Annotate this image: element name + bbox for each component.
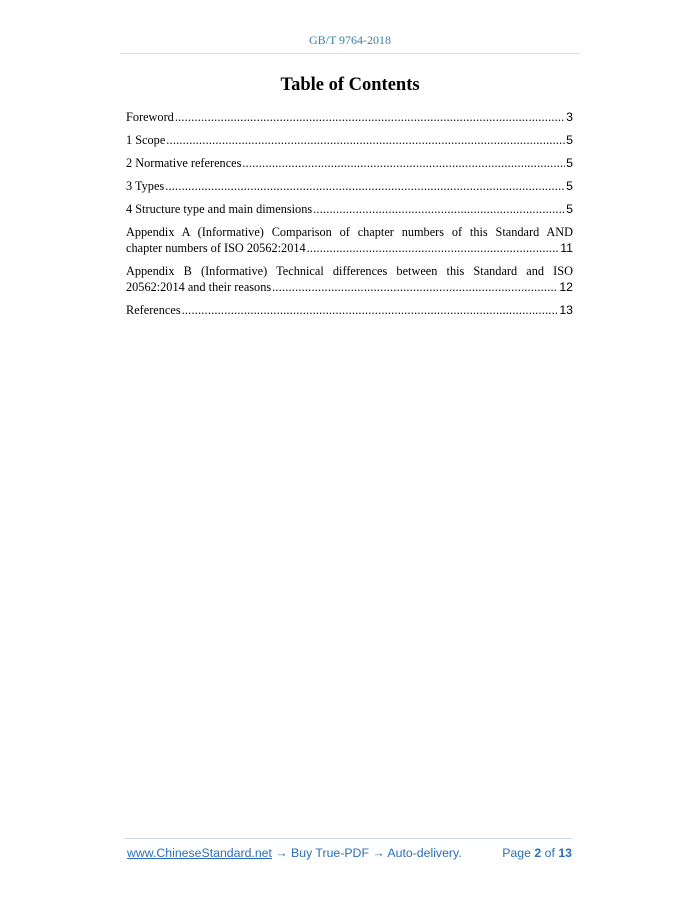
dot-leader: ........................................…	[165, 178, 565, 194]
page-indicator: Page 2 of 13	[502, 846, 572, 860]
dot-leader: ........................................…	[175, 109, 565, 125]
toc-entry-structure-type[interactable]: 4 Structure type and main dimensions ...…	[126, 201, 573, 217]
toc-entry-page: 5	[566, 178, 573, 194]
toc-entry-page: 11	[560, 240, 573, 256]
footer-promo: www.ChineseStandard.net → Buy True-PDF →…	[127, 846, 462, 860]
toc-entry-first-line: Appendix B (Informative) Technical diffe…	[126, 263, 573, 279]
toc-entry-page: 13	[559, 302, 573, 318]
toc-entry-label: References	[126, 302, 181, 318]
toc-entry-scope[interactable]: 1 Scope ................................…	[126, 132, 573, 148]
toc-entry-page: 5	[566, 201, 573, 217]
toc-entry-page: 12	[559, 279, 573, 295]
toc-entry-appendix-a[interactable]: Appendix A (Informative) Comparison of c…	[126, 224, 573, 256]
document-code-header: GB/T 9764-2018	[0, 33, 700, 48]
toc-entry-normative-references[interactable]: 2 Normative references .................…	[126, 155, 573, 171]
toc-entry-foreword[interactable]: Foreword ...............................…	[126, 109, 573, 125]
page-footer: www.ChineseStandard.net → Buy True-PDF →…	[127, 846, 572, 860]
toc-entry-label: 1 Scope	[126, 132, 165, 148]
toc-entry-references[interactable]: References .............................…	[126, 302, 573, 318]
toc-entry-types[interactable]: 3 Types ................................…	[126, 178, 573, 194]
toc-entry-label: 20562:2014 and their reasons	[126, 279, 271, 295]
total-pages-number: 13	[558, 846, 572, 860]
page-title: Table of Contents	[0, 75, 700, 96]
toc-entry-label: 3 Types	[126, 178, 164, 194]
dot-leader: ........................................…	[313, 201, 565, 217]
toc-entry-page: 3	[566, 109, 573, 125]
page-word: Page	[502, 846, 531, 860]
dot-leader: ........................................…	[242, 155, 565, 171]
toc-entry-label: 4 Structure type and main dimensions	[126, 201, 312, 217]
dot-leader: ........................................…	[166, 132, 565, 148]
table-of-contents: Foreword ...............................…	[126, 109, 573, 325]
toc-entry-appendix-b[interactable]: Appendix B (Informative) Technical diffe…	[126, 263, 573, 295]
of-word: of	[545, 846, 555, 860]
toc-entry-label: 2 Normative references	[126, 155, 241, 171]
website-link[interactable]: www.ChineseStandard.net	[127, 846, 272, 860]
toc-entry-page: 5	[566, 132, 573, 148]
dot-leader: ........................................…	[307, 240, 560, 256]
header-divider	[120, 53, 580, 54]
promo-text: → Buy True-PDF → Auto-delivery.	[272, 846, 462, 860]
dot-leader: ........................................…	[182, 302, 559, 318]
toc-entry-page: 5	[566, 155, 573, 171]
toc-entry-label: chapter numbers of ISO 20562:2014	[126, 240, 306, 256]
toc-entry-first-line: Appendix A (Informative) Comparison of c…	[126, 224, 573, 240]
dot-leader: ........................................…	[272, 279, 558, 295]
toc-entry-label: Foreword	[126, 109, 174, 125]
current-page-number: 2	[534, 846, 541, 860]
footer-divider	[124, 838, 572, 839]
